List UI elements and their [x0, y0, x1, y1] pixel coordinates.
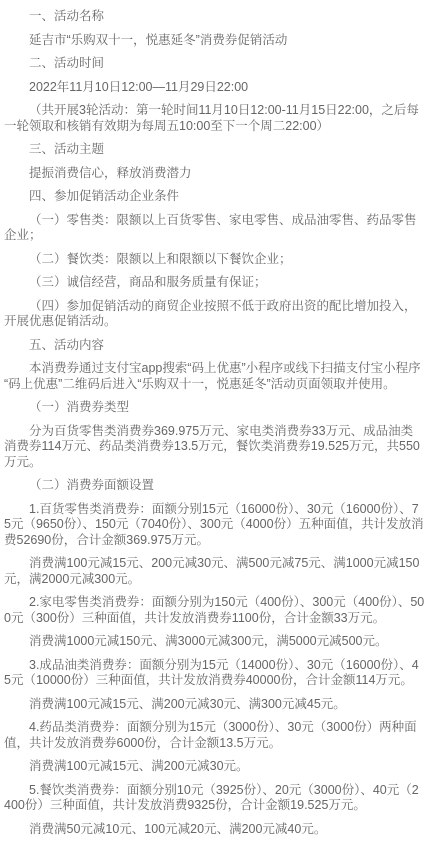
denomination-2-home-appliance: 2.家电零售类消费券：面额分别为150元（400份）、300元（400份）、50…	[4, 595, 425, 626]
subheading-voucher-denominations: （二）消费券面额设置	[4, 478, 425, 494]
discount-rule-3-refined-oil: 消费满100元减15元、满200元减30元、满300元减45元。	[4, 697, 425, 713]
activity-theme-text: 提振消费信心，释放消费潜力	[4, 166, 425, 182]
section-2-heading-activity-time: 二、活动时间	[4, 56, 425, 72]
section-1-heading-activity-name: 一、活动名称	[4, 9, 425, 25]
denomination-4-medicine: 4.药品类消费券：面额分别为15元（3000份）、30元（3000份）两种面值，…	[4, 720, 425, 751]
voucher-usage-instructions: 本消费券通过支付宝app搜索“码上优惠”小程序或线下扫描支付宝小程序“码上优惠”…	[4, 361, 425, 392]
activity-name-text: 延吉市“乐购双十一，悦惠延冬”消费券促销活动	[4, 33, 425, 49]
condition-2-catering: （二）餐饮类：限额以上和限额以下餐饮企业；	[4, 252, 425, 268]
promotion-announcement-document: 一、活动名称 延吉市“乐购双十一，悦惠延冬”消费券促销活动 二、活动时间 202…	[0, 0, 429, 847]
denomination-5-catering: 5.餐饮类消费券：面额分别10元（3925份）、20元（3000份）、40元（2…	[4, 783, 425, 814]
condition-4-matching-investment: （四）参加促销活动的商贸企业按照不低于政府出资的配比增加投入，开展优惠促销活动。	[4, 299, 425, 330]
activity-rounds-note: （共开展3轮活动：第一轮时间11月10日12:00-11月15日22:00，之后…	[4, 103, 425, 134]
subheading-voucher-types: （一）消费券类型	[4, 400, 425, 416]
condition-3-integrity: （三）诚信经营，商品和服务质量有保证；	[4, 275, 425, 291]
discount-rule-1-department-store: 消费满100元减15元、200元减30元、满500元减75元、满1000元减15…	[4, 556, 425, 587]
denomination-3-refined-oil: 3.成品油类消费券：面额分别为15元（14000份）、30元（16000份）、4…	[4, 658, 425, 689]
denomination-1-department-store: 1.百货零售类消费券：面额分别15元（16000份）、30元（16000份）、7…	[4, 502, 425, 549]
discount-rule-2-home-appliance: 消费满1000元减150元、满3000元减300元，满5000元减500元。	[4, 634, 425, 650]
voucher-types-breakdown: 分为百货零售类消费券369.975万元、家电类消费券33万元、成品油类消费券11…	[4, 424, 425, 471]
section-3-heading-activity-theme: 三、活动主题	[4, 142, 425, 158]
section-5-heading-activity-content: 五、活动内容	[4, 338, 425, 354]
condition-1-retail: （一）零售类：限额以上百货零售、家电零售、成品油零售、药品零售企业；	[4, 213, 425, 244]
activity-time-text: 2022年11月10日12:00—11月29日22:00	[4, 80, 425, 96]
section-4-heading-enterprise-conditions: 四、参加促销活动企业条件	[4, 189, 425, 205]
discount-rule-4-medicine: 消费满100元减15元、满200元减30元。	[4, 759, 425, 775]
